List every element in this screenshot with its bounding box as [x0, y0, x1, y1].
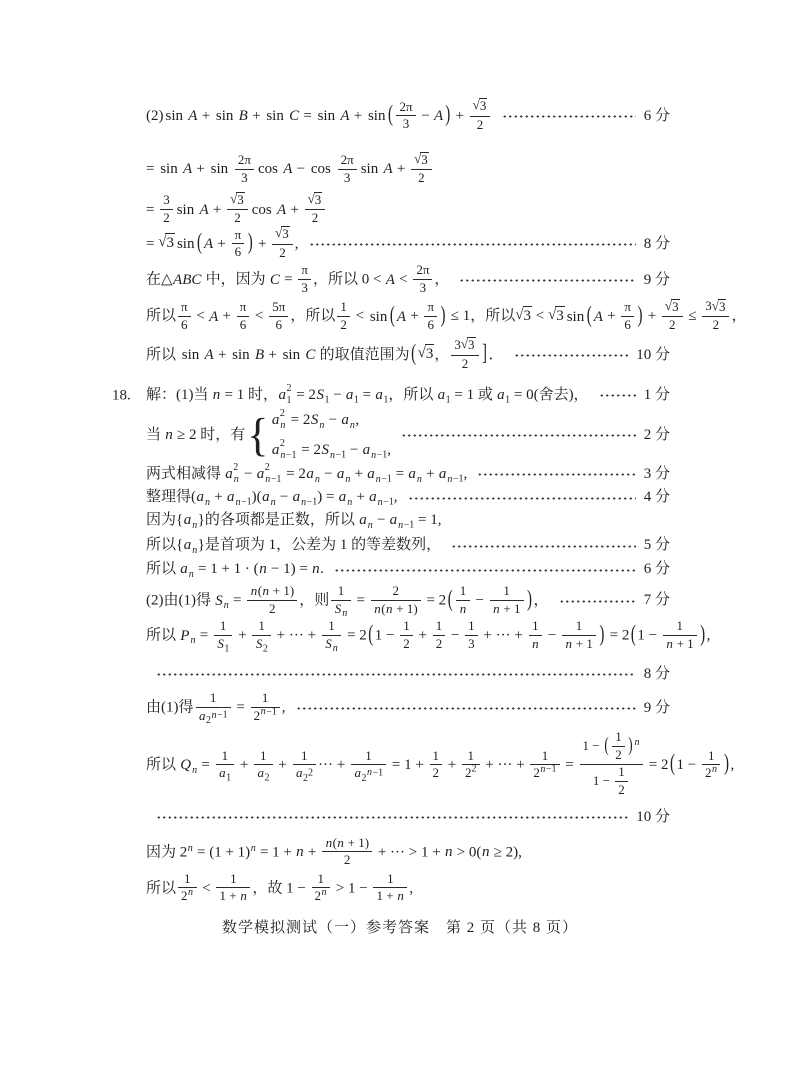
math-content: 所以 an = 1 + 1 · (n − 1) = n. — [146, 560, 324, 580]
score-label: 10 分 — [636, 808, 670, 828]
dots-leader — [477, 473, 635, 476]
dots-leader — [309, 243, 636, 246]
answer-line: 当 n ≥ 2 时，有{a2n = 2Sn − an,a2n−1 = 2Sn−1… — [0, 409, 800, 462]
answer-line: 整理得(an + an−1)(an − an−1) = an + an−1,4 … — [0, 487, 800, 509]
math-content: 所以12n < 11 + n，故 1 − 12n > 1 − 11 + n, — [146, 873, 413, 905]
score-label: 9 分 — [644, 699, 670, 719]
answer-line: 所以 sin A + sin B + sin C 的取值范围为(√3，3√32]… — [0, 339, 800, 372]
question-number: 18. — [112, 386, 131, 406]
score-label: 10 分 — [636, 346, 670, 366]
answer-line: = sin A + sin 2π3cos A − cos 2π3sin A + … — [0, 153, 800, 186]
dots-leader — [334, 569, 636, 572]
math-content: (2)由(1)得 Sn = n(n + 1)2，则1Sn = 2n(n + 1)… — [146, 585, 549, 617]
dots-leader — [559, 600, 636, 603]
answer-line: 所以π6 < A + π6 < 5π6，所以12 < sin(A + π6) ≤… — [0, 300, 800, 333]
answer-line: (2)sin A + sin B + sin C = sin A + sin(2… — [0, 100, 800, 133]
math-content: 所以{an}是首项为 1，公差为 1 的等差数列， — [146, 536, 441, 556]
answer-line: 在△ABC 中，因为 C = π3，所以 0 < A < 2π3，9 分 — [0, 264, 800, 296]
dots-leader — [296, 707, 636, 710]
answer-line: (2)由(1)得 Sn = n(n + 1)2，则1Sn = 2n(n + 1)… — [0, 585, 800, 617]
math-content: (2)sin A + sin B + sin C = sin A + sin(2… — [146, 100, 492, 133]
math-content: 因为 2n = (1 + 1)n = 1 + n + n(n + 1)2 + ·… — [146, 837, 522, 869]
dots-leader — [514, 354, 629, 357]
score-label: 6 分 — [644, 107, 670, 127]
math-content: 在△ABC 中，因为 C = π3，所以 0 < A < 2π3， — [146, 264, 449, 296]
score-label: 2 分 — [644, 426, 670, 446]
score-label: 1 分 — [644, 386, 670, 406]
answer-line: 所以 Qn = 1a1 + 1a2 + 1a22··· + 1a2n−1 = 1… — [0, 732, 800, 799]
dots-leader — [599, 394, 636, 397]
math-content: 由(1)得1a2n−1 = 12n−1, — [146, 692, 286, 724]
math-content: 两式相减得 a2n − a2n−1 = 2an − an + an−1 = an… — [146, 463, 467, 486]
dots-leader — [401, 434, 636, 437]
dots-leader — [156, 816, 628, 819]
score-label: 8 分 — [644, 665, 670, 685]
answer-line: 所以 an = 1 + 1 · (n − 1) = n.6 分 — [0, 559, 800, 581]
score-label: 4 分 — [644, 488, 670, 508]
answer-line: 由(1)得1a2n−1 = 12n−1,9 分 — [0, 692, 800, 724]
math-content: = sin A + sin 2π3cos A − cos 2π3sin A + … — [146, 153, 434, 186]
score-label: 7 分 — [644, 591, 670, 611]
answer-line: 所以 Pn = 1S1 + 1S2 + ··· + 1Sn = 2(1 − 12… — [0, 620, 800, 652]
answer-lines: (2)sin A + sin B + sin C = sin A + sin(2… — [0, 100, 800, 905]
math-content: = 32sin A + √32cos A + √32 — [146, 194, 327, 227]
dots-leader — [502, 115, 635, 118]
math-content: 所以π6 < A + π6 < 5π6，所以12 < sin(A + π6) ≤… — [146, 300, 746, 333]
score-label: 9 分 — [644, 271, 670, 291]
scanned-answer-page: (2)sin A + sin B + sin C = sin A + sin(2… — [0, 0, 800, 938]
dots-leader — [156, 673, 636, 676]
score-label: 5 分 — [644, 536, 670, 556]
answer-line: 两式相减得 a2n − a2n−1 = 2an − an + an−1 = an… — [0, 463, 800, 486]
math-content: = √3sin(A + π6) + √32, — [146, 228, 299, 261]
math-content: 解：(1)当 n = 1 时，a21 = 2S1 − a1 = a1，所以 a1… — [146, 384, 589, 407]
dots-leader — [408, 497, 636, 500]
answer-line: 因为{an}的各项都是正数，所以 an − an−1 = 1, — [0, 510, 800, 532]
answer-line: 10 分 — [0, 807, 800, 829]
math-content: 所以 sin A + sin B + sin C 的取值范围为(√3，3√32]… — [146, 339, 504, 372]
page-footer: 数学模拟测试（一）参考答案 第 2 页（共 8 页） — [0, 919, 800, 939]
dots-leader — [459, 279, 635, 282]
answer-line: = 32sin A + √32cos A + √32 — [0, 194, 800, 227]
score-label: 6 分 — [644, 560, 670, 580]
score-label: 8 分 — [644, 235, 670, 255]
answer-line: 所以12n < 11 + n，故 1 − 12n > 1 − 11 + n, — [0, 873, 800, 905]
score-label: 3 分 — [644, 465, 670, 485]
math-content: 所以 Pn = 1S1 + 1S2 + ··· + 1Sn = 2(1 − 12… — [146, 620, 710, 652]
answer-line: 8 分 — [0, 663, 800, 685]
math-content: 因为{an}的各项都是正数，所以 an − an−1 = 1, — [146, 511, 442, 531]
math-content: 所以 Qn = 1a1 + 1a2 + 1a22··· + 1a2n−1 = 1… — [146, 732, 734, 799]
dots-leader — [451, 545, 636, 548]
math-content: 当 n ≥ 2 时，有{a2n = 2Sn − an,a2n−1 = 2Sn−1… — [146, 409, 391, 462]
answer-line: 18.解：(1)当 n = 1 时，a21 = 2S1 − a1 = a1，所以… — [0, 384, 800, 407]
answer-line: 所以{an}是首项为 1，公差为 1 的等差数列，5 分 — [0, 535, 800, 557]
math-content: 整理得(an + an−1)(an − an−1) = an + an−1, — [146, 488, 398, 508]
answer-line: = √3sin(A + π6) + √32,8 分 — [0, 228, 800, 261]
answer-line: 因为 2n = (1 + 1)n = 1 + n + n(n + 1)2 + ·… — [0, 837, 800, 869]
